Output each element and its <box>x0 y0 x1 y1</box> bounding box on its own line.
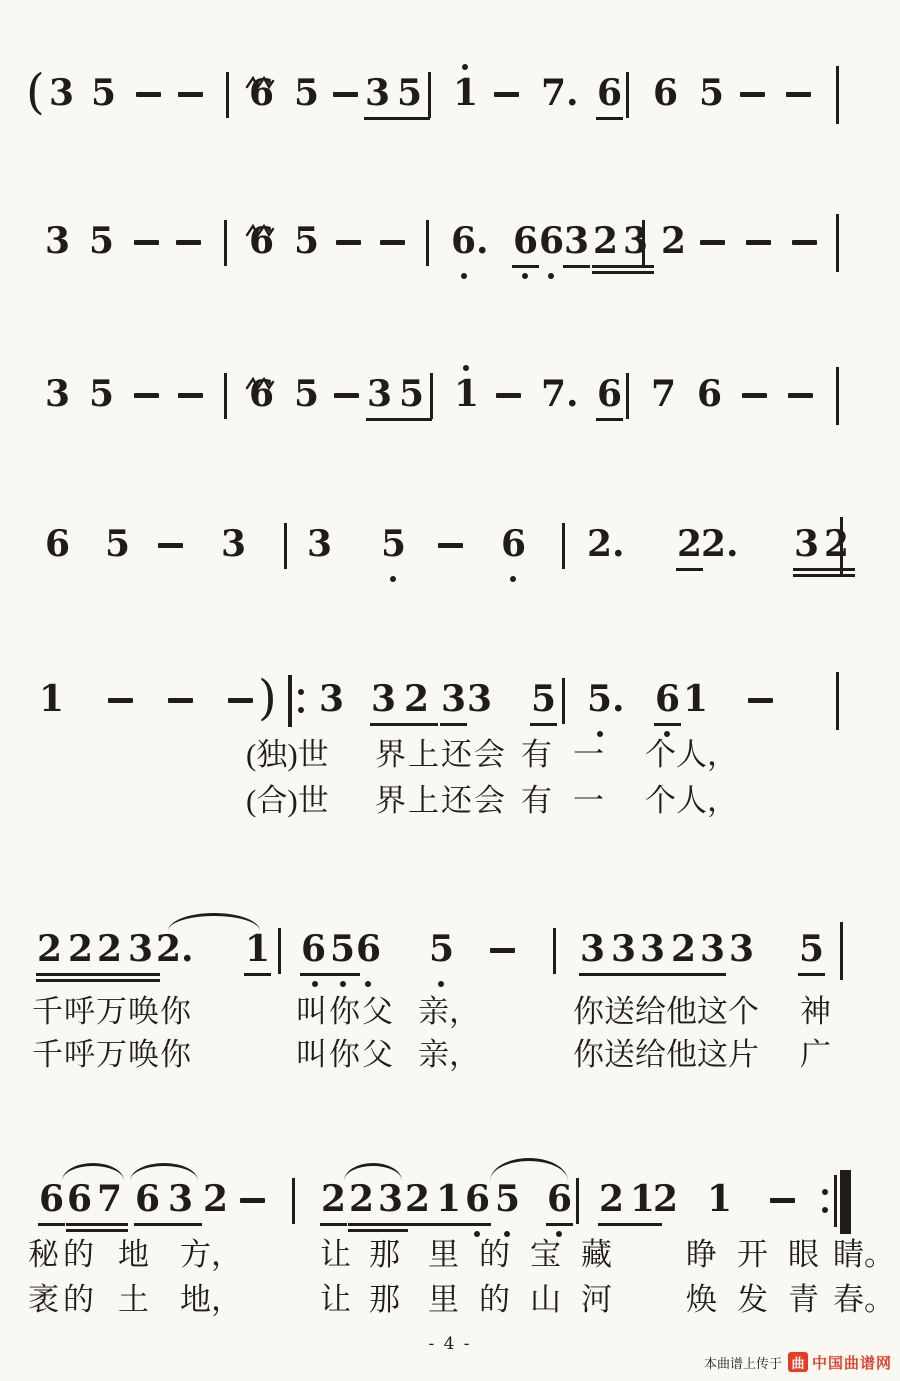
octave-dot-below <box>548 273 554 279</box>
end-barline <box>840 517 843 575</box>
note: 6. <box>450 220 490 264</box>
note: 63 <box>134 1178 202 1222</box>
note: 6 <box>696 373 723 417</box>
duration-dash <box>158 543 183 548</box>
lyric-segment: 亲， <box>418 993 480 1031</box>
note: 1 <box>38 678 65 722</box>
slur-arc <box>130 1163 198 1181</box>
duration-dash <box>792 240 817 245</box>
note: 3 <box>48 72 75 116</box>
duration-dash <box>748 698 773 703</box>
note: 5 <box>798 928 825 972</box>
note: 3 <box>440 678 467 722</box>
lyric-row-2: (合)世界上还会有一个人， <box>0 782 900 832</box>
barline <box>284 523 287 569</box>
lyric-segment: 叫你父 <box>296 1036 395 1074</box>
duration-dash <box>134 240 159 245</box>
lyric-segment: 土 <box>118 1281 149 1319</box>
lyric-segment: 里的宝藏 <box>428 1236 632 1274</box>
note: 3 <box>728 928 755 972</box>
note: 7. <box>540 373 580 417</box>
duration-dash <box>494 92 519 97</box>
note: 5. <box>586 678 626 722</box>
note: 3 <box>563 220 590 264</box>
duration-dash <box>334 393 359 398</box>
barline <box>224 220 227 266</box>
duration-dash <box>746 240 771 245</box>
note: 7 <box>650 373 677 417</box>
lyric-segment: 个人， <box>645 736 738 774</box>
duration-dash <box>700 240 725 245</box>
note: 6 <box>44 523 71 567</box>
octave-dot-below <box>522 273 528 279</box>
lyric-segment: 界上还会 <box>375 782 507 820</box>
duration-dash <box>178 92 203 97</box>
note: 3 <box>466 678 493 722</box>
octave-dot-below <box>438 981 444 987</box>
duration-dash <box>380 240 405 245</box>
lyric-segment: 一 <box>573 736 604 774</box>
notation-line-2: 35656.663232 <box>0 220 900 270</box>
note: 1 <box>453 373 480 417</box>
duration-dash <box>742 393 767 398</box>
note: 5 <box>698 72 725 116</box>
note: 6 <box>38 1178 65 1222</box>
barline <box>626 373 629 419</box>
note: 6 <box>248 220 275 264</box>
end-barline <box>836 672 839 730</box>
note: 5 <box>530 678 557 722</box>
barline <box>278 928 281 974</box>
lyric-segment: 千呼万唤你 <box>32 1036 192 1074</box>
end-barline <box>836 367 839 425</box>
duration-dash <box>333 92 358 97</box>
duration-dash <box>136 92 161 97</box>
note: 6 <box>596 72 623 116</box>
note: 32 <box>793 523 855 567</box>
octave-dot-below <box>390 576 396 582</box>
end-barline <box>840 922 843 980</box>
note: 23 <box>96 928 160 972</box>
note: 6 <box>355 928 382 972</box>
trill-icon <box>245 204 275 246</box>
sheet-music-page: (35653517.66535656.66323235653517.676653… <box>0 0 900 1381</box>
barline <box>576 1178 579 1224</box>
octave-dot-below <box>510 576 516 582</box>
note: 2 <box>652 1178 679 1222</box>
lyric-row-5: 秘的地方，让那里的宝藏睁开眼睛。 <box>0 1236 900 1286</box>
duration-dash <box>178 393 203 398</box>
note: 3 <box>44 220 71 264</box>
barline <box>430 373 433 419</box>
lyric-segment: 亲， <box>418 1036 480 1074</box>
barline <box>626 72 629 118</box>
octave-dot-below <box>312 981 318 987</box>
note: 3 <box>306 523 333 567</box>
duration-dash <box>336 240 361 245</box>
note: 35 <box>366 373 432 417</box>
lyric-segment: 让那 <box>320 1281 418 1319</box>
note: 6 <box>464 1178 491 1222</box>
lyric-segment: 你送给他这个 <box>573 993 759 1031</box>
notation-line-6: 22232.165653332335 <box>0 928 900 978</box>
watermark-site-name: 中国曲谱网 <box>812 1352 892 1373</box>
duration-dash <box>490 948 515 953</box>
note: 21 <box>404 1178 468 1222</box>
lyric-segment: (独)世 <box>246 736 329 774</box>
octave-dot-above <box>463 365 469 371</box>
note: 6 <box>538 220 565 264</box>
lyric-segment: 界上还会 <box>375 736 507 774</box>
watermark-prefix: 本曲谱上传于 <box>704 1353 782 1372</box>
octave-dot-below <box>461 273 467 279</box>
lyric-segment: 广 <box>800 1036 831 1074</box>
note: 7. <box>540 72 580 116</box>
note: 3 <box>220 523 247 567</box>
note: 1 <box>706 1178 733 1222</box>
trill-icon <box>245 357 275 399</box>
note: 6 <box>596 373 623 417</box>
lyric-segment: 有 <box>521 736 552 774</box>
note: 6 <box>248 373 275 417</box>
lyric-segment: 焕发青 <box>686 1281 839 1319</box>
note: 1 <box>452 72 479 116</box>
phrase-paren: ( <box>26 65 45 119</box>
duration-dash <box>786 92 811 97</box>
note: 2 <box>320 1178 347 1222</box>
lyric-segment: 睁开眼 <box>686 1236 839 1274</box>
note: 5 <box>293 373 320 417</box>
end-barline <box>836 214 839 272</box>
note: 3 <box>318 678 345 722</box>
lyric-segment: 袤的 <box>28 1281 98 1319</box>
note: 5 <box>88 220 115 264</box>
lyric-segment: 神 <box>800 993 831 1031</box>
barline <box>562 678 565 724</box>
note: 32 <box>639 928 703 972</box>
duration-dash <box>168 698 193 703</box>
duration-dash <box>176 240 201 245</box>
barline <box>562 523 565 569</box>
note: 6 <box>654 678 681 722</box>
note: 2 <box>676 523 703 567</box>
barline <box>226 72 229 118</box>
note: 5 <box>428 928 455 972</box>
note: 1 <box>244 928 271 972</box>
watermark: 本曲谱上传于 曲 中国曲谱网 <box>704 1350 892 1374</box>
note: 33 <box>579 928 643 972</box>
note: 35 <box>364 72 430 116</box>
note: 6 <box>248 72 275 116</box>
note: 5 <box>90 72 117 116</box>
barline <box>292 1178 295 1224</box>
note: 23 <box>348 1178 408 1222</box>
music-site-logo-icon: 曲 <box>788 1352 808 1372</box>
note: 5 <box>104 523 131 567</box>
end-barline <box>836 66 839 124</box>
note: 67 <box>66 1178 128 1222</box>
duration-dash <box>438 543 463 548</box>
lyric-segment: 一 <box>573 782 604 820</box>
lyric-segment: 秘的 <box>28 1236 98 1274</box>
trill-icon <box>245 56 275 98</box>
note: 6 <box>500 523 527 567</box>
note: 2. <box>700 523 740 567</box>
phrase-paren: ) <box>258 671 277 725</box>
lyric-segment: 地 <box>118 1236 149 1274</box>
note: 32 <box>370 678 438 722</box>
note: 6 <box>546 1178 573 1222</box>
note: 2. <box>155 928 195 972</box>
notation-line-3: 35653517.676 <box>0 373 900 423</box>
lyric-segment: 叫你父 <box>296 993 395 1031</box>
note: 5 <box>293 220 320 264</box>
note: 1 <box>682 678 709 722</box>
notation-line-1: (35653517.665 <box>0 72 900 122</box>
octave-dot-below <box>340 981 346 987</box>
duration-dash <box>228 698 253 703</box>
lyric-segment: 千呼万唤你 <box>32 993 192 1031</box>
notation-line-7: 667632223216562121 <box>0 1178 900 1228</box>
lyric-segment: 方， <box>180 1236 242 1274</box>
duration-dash <box>240 1198 265 1203</box>
barline <box>642 220 645 266</box>
note: 65 <box>300 928 360 972</box>
lyric-row-1: (独)世界上还会有一个人， <box>0 736 900 786</box>
duration-dash <box>770 1198 795 1203</box>
duration-dash <box>134 393 159 398</box>
note: 5 <box>494 1178 521 1222</box>
barline <box>553 928 556 974</box>
lyric-segment: 地， <box>180 1281 242 1319</box>
lyric-segment: 睛。 <box>833 1236 895 1274</box>
barline <box>428 72 431 118</box>
note: 6 <box>652 72 679 116</box>
lyric-segment: 你送给他这片 <box>573 1036 759 1074</box>
note: 5 <box>380 523 407 567</box>
note: 5 <box>88 373 115 417</box>
lyric-segment: 有 <box>521 782 552 820</box>
lyric-row-4: 千呼万唤你叫你父亲，你送给他这片广 <box>0 1036 900 1086</box>
note: 23 <box>592 220 654 264</box>
lyric-row-6: 袤的土地，让那里的山河焕发青春。 <box>0 1281 900 1331</box>
duration-dash <box>496 393 521 398</box>
duration-dash <box>788 393 813 398</box>
lyric-segment: 让那 <box>320 1236 418 1274</box>
barline <box>224 373 227 419</box>
note: 5 <box>293 72 320 116</box>
notation-line-4: 6533562.22.32 <box>0 523 900 573</box>
lyric-segment: 个人， <box>645 782 738 820</box>
octave-dot-below <box>365 981 371 987</box>
lyric-segment: 春。 <box>833 1281 895 1319</box>
note: 22 <box>36 928 100 972</box>
note: 2. <box>586 523 626 567</box>
notation-line-5: 1)3323355.61 <box>0 678 900 728</box>
barline <box>426 220 429 266</box>
duration-dash <box>108 698 133 703</box>
octave-dot-above <box>462 64 468 70</box>
slur-arc <box>62 1163 124 1181</box>
note: 2 <box>660 220 687 264</box>
duration-dash <box>740 92 765 97</box>
note: 3 <box>44 373 71 417</box>
note: 3 <box>699 928 726 972</box>
slur-arc <box>344 1163 402 1181</box>
lyric-segment: 里的山河 <box>428 1281 632 1319</box>
note: 2 <box>202 1178 229 1222</box>
lyric-segment: (合)世 <box>246 782 329 820</box>
note: 6 <box>512 220 539 264</box>
